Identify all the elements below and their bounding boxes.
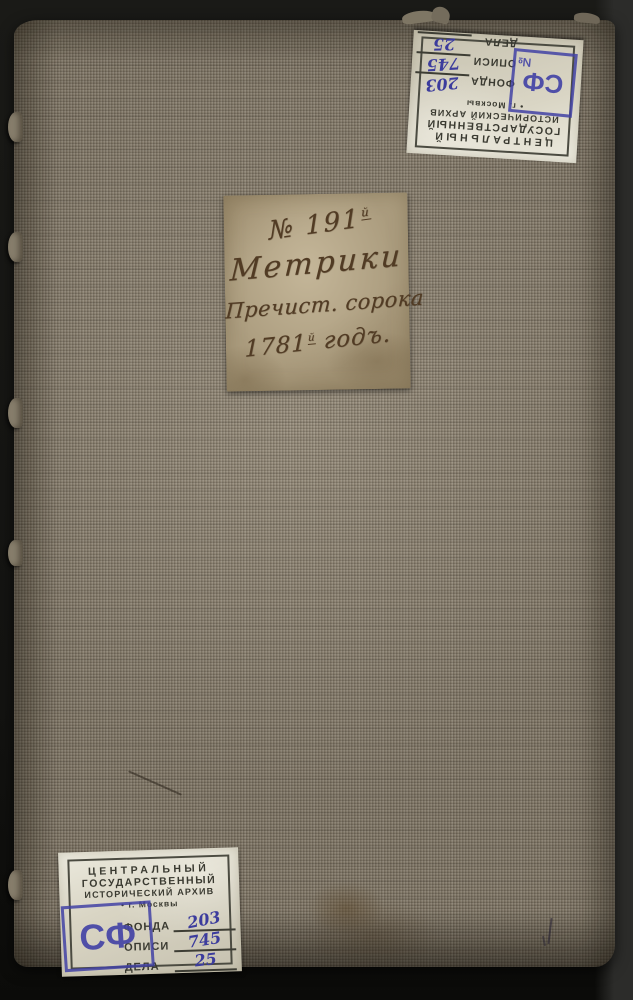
opis-value: 745 bbox=[187, 931, 222, 950]
sf-stamp-letters: СФ bbox=[521, 66, 565, 101]
delo-label: ДЕЛА bbox=[471, 34, 518, 49]
title-label: № 191й Метрики Пречист. сорока 1781й год… bbox=[223, 192, 410, 391]
delo-line: 25 bbox=[174, 950, 237, 972]
photo-background: № 191й Метрики Пречист. сорока 1781й год… bbox=[0, 0, 633, 1000]
delo-line: 25 bbox=[417, 31, 472, 54]
sf-stamp: СФ bbox=[61, 900, 155, 972]
spine-band bbox=[8, 870, 23, 900]
fond-line: 203 bbox=[414, 71, 469, 94]
frayed-edge bbox=[430, 5, 451, 25]
spine-band bbox=[8, 398, 23, 428]
delo-value: 25 bbox=[194, 952, 218, 969]
opis-line: 745 bbox=[415, 51, 470, 74]
title-parish-line: Пречист. сорока bbox=[225, 287, 410, 324]
title-year-line: 1781й годъ. bbox=[226, 319, 409, 364]
book-cover: № 191й Метрики Пречист. сорока 1781й год… bbox=[14, 20, 615, 967]
spine-band bbox=[8, 540, 23, 566]
delo-value: 25 bbox=[433, 37, 456, 52]
sf-stamp-letters: СФ bbox=[78, 914, 137, 960]
opis-value: 745 bbox=[426, 56, 460, 72]
archive-label-bottom: ЦЕНТРАЛЬНЫЙ ГОСУДАРСТВЕННЫЙ ИСТОРИЧЕСКИЙ… bbox=[58, 847, 242, 977]
sf-stamp: СФ № bbox=[508, 48, 578, 118]
delo-row: ДЕЛА25 bbox=[423, 32, 518, 58]
sf-stamp-number-sign: № bbox=[517, 54, 532, 69]
spine-band bbox=[8, 232, 23, 262]
pen-mark bbox=[541, 918, 555, 948]
frayed-edge bbox=[574, 12, 601, 25]
archive-label-top: ЦЕНТРАЛЬНЫЙ ГОСУДАРСТВЕННЫЙ ИСТОРИЧЕСКИЙ… bbox=[406, 30, 583, 163]
spine-band bbox=[8, 112, 23, 142]
fond-value: 203 bbox=[424, 75, 459, 92]
fond-line: 203 bbox=[173, 910, 236, 932]
scratch-mark bbox=[128, 770, 182, 795]
opis-line: 745 bbox=[174, 930, 237, 952]
